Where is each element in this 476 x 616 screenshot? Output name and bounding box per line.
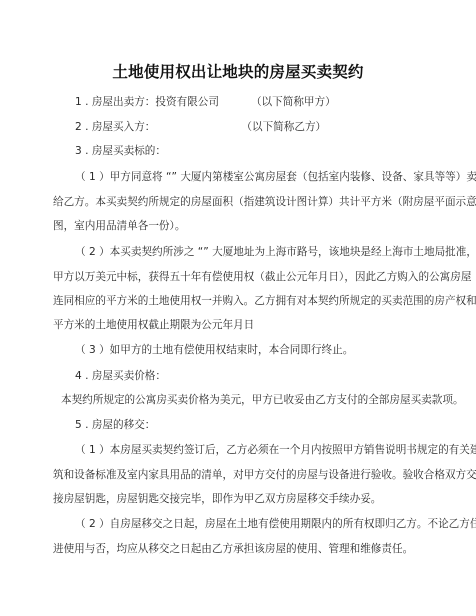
- buyer-label: 2 . 房屋买入方：: [75, 121, 155, 133]
- buyer-alias: （以下简称乙方）: [241, 121, 326, 133]
- document-page: 土地使用权出让地块的房屋买卖契约 1 . 房屋出卖方：投资有限公司（以下简称甲方…: [0, 0, 476, 616]
- clause-buyer: 2 . 房屋买入方：（以下简称乙方）: [75, 120, 450, 134]
- paragraph-line: （ 2 ）自房屋移交之日起，房屋在土地有偿使用期限内的所有权即归乙方。不论乙方住: [75, 517, 450, 531]
- clause-subject-heading: 3 . 房屋买卖标的：: [75, 144, 450, 158]
- document-title: 土地使用权出让地块的房屋买卖契约: [0, 60, 476, 82]
- paragraph-line: 本契约所规定的公寓房买卖价格为美元，甲方已收妥由乙方支付的全部房屋买卖款项。: [61, 393, 436, 407]
- paragraph-line: （ 2 ）本买卖契约所涉之 “” 大厦地址为上海市路号，该地块是经上海市土地局批…: [75, 245, 450, 259]
- paragraph-line: 图，室内用品清单各一份）。: [53, 219, 428, 233]
- paragraph-line: （ 1 ）本房屋买卖契约签订后，乙方必须在一个月内按照甲方销售说明书规定的有关建: [75, 443, 450, 457]
- clause-handover-heading: 5 . 房屋的移交：: [75, 418, 450, 432]
- paragraph-line: 平方米的土地使用权截止期限为公元年月日: [53, 318, 428, 332]
- paragraph-line: 连同相应的平方米的土地使用权一并购入。乙方拥有对本契约所规定的买卖范围的房产权和: [53, 294, 428, 308]
- paragraph-line: 接房屋钥匙，房屋钥匙交接完毕，即作为甲乙双方房屋移交手续办妥。: [53, 492, 428, 506]
- seller-label: 1 . 房屋出卖方：投资有限公司: [75, 96, 219, 108]
- paragraph-line: 进使用与否，均应从移交之日起由乙方承担该房屋的使用、管理和维修责任。: [53, 542, 428, 556]
- seller-alias: （以下简称甲方）: [251, 96, 336, 108]
- clause-seller: 1 . 房屋出卖方：投资有限公司（以下简称甲方）: [75, 95, 450, 109]
- paragraph-line: （ 1 ）甲方同意将 “” 大厦内第楼室公寓房屋套（包括室内装修、设备、家具等等…: [75, 170, 450, 184]
- clause-price-heading: 4 . 房屋买卖价格：: [75, 369, 450, 383]
- paragraph-line: （ 3 ）如甲方的土地有偿使用权结束时，本合同即行终止。: [75, 343, 450, 357]
- paragraph-line: 给乙方。本买卖契约所规定的房屋面积（指建筑设计图计算）共计平方米（附房屋平面示意: [53, 195, 428, 209]
- paragraph-line: 筑和设备标准及室内家具用品的清单，对甲方交付的房屋与设备进行验收。验收合格双方交: [53, 468, 428, 482]
- paragraph-line: 甲方以万美元中标，获得五十年有偿使用权（截止公元年月日），因此乙方购入的公寓房屋: [53, 270, 428, 284]
